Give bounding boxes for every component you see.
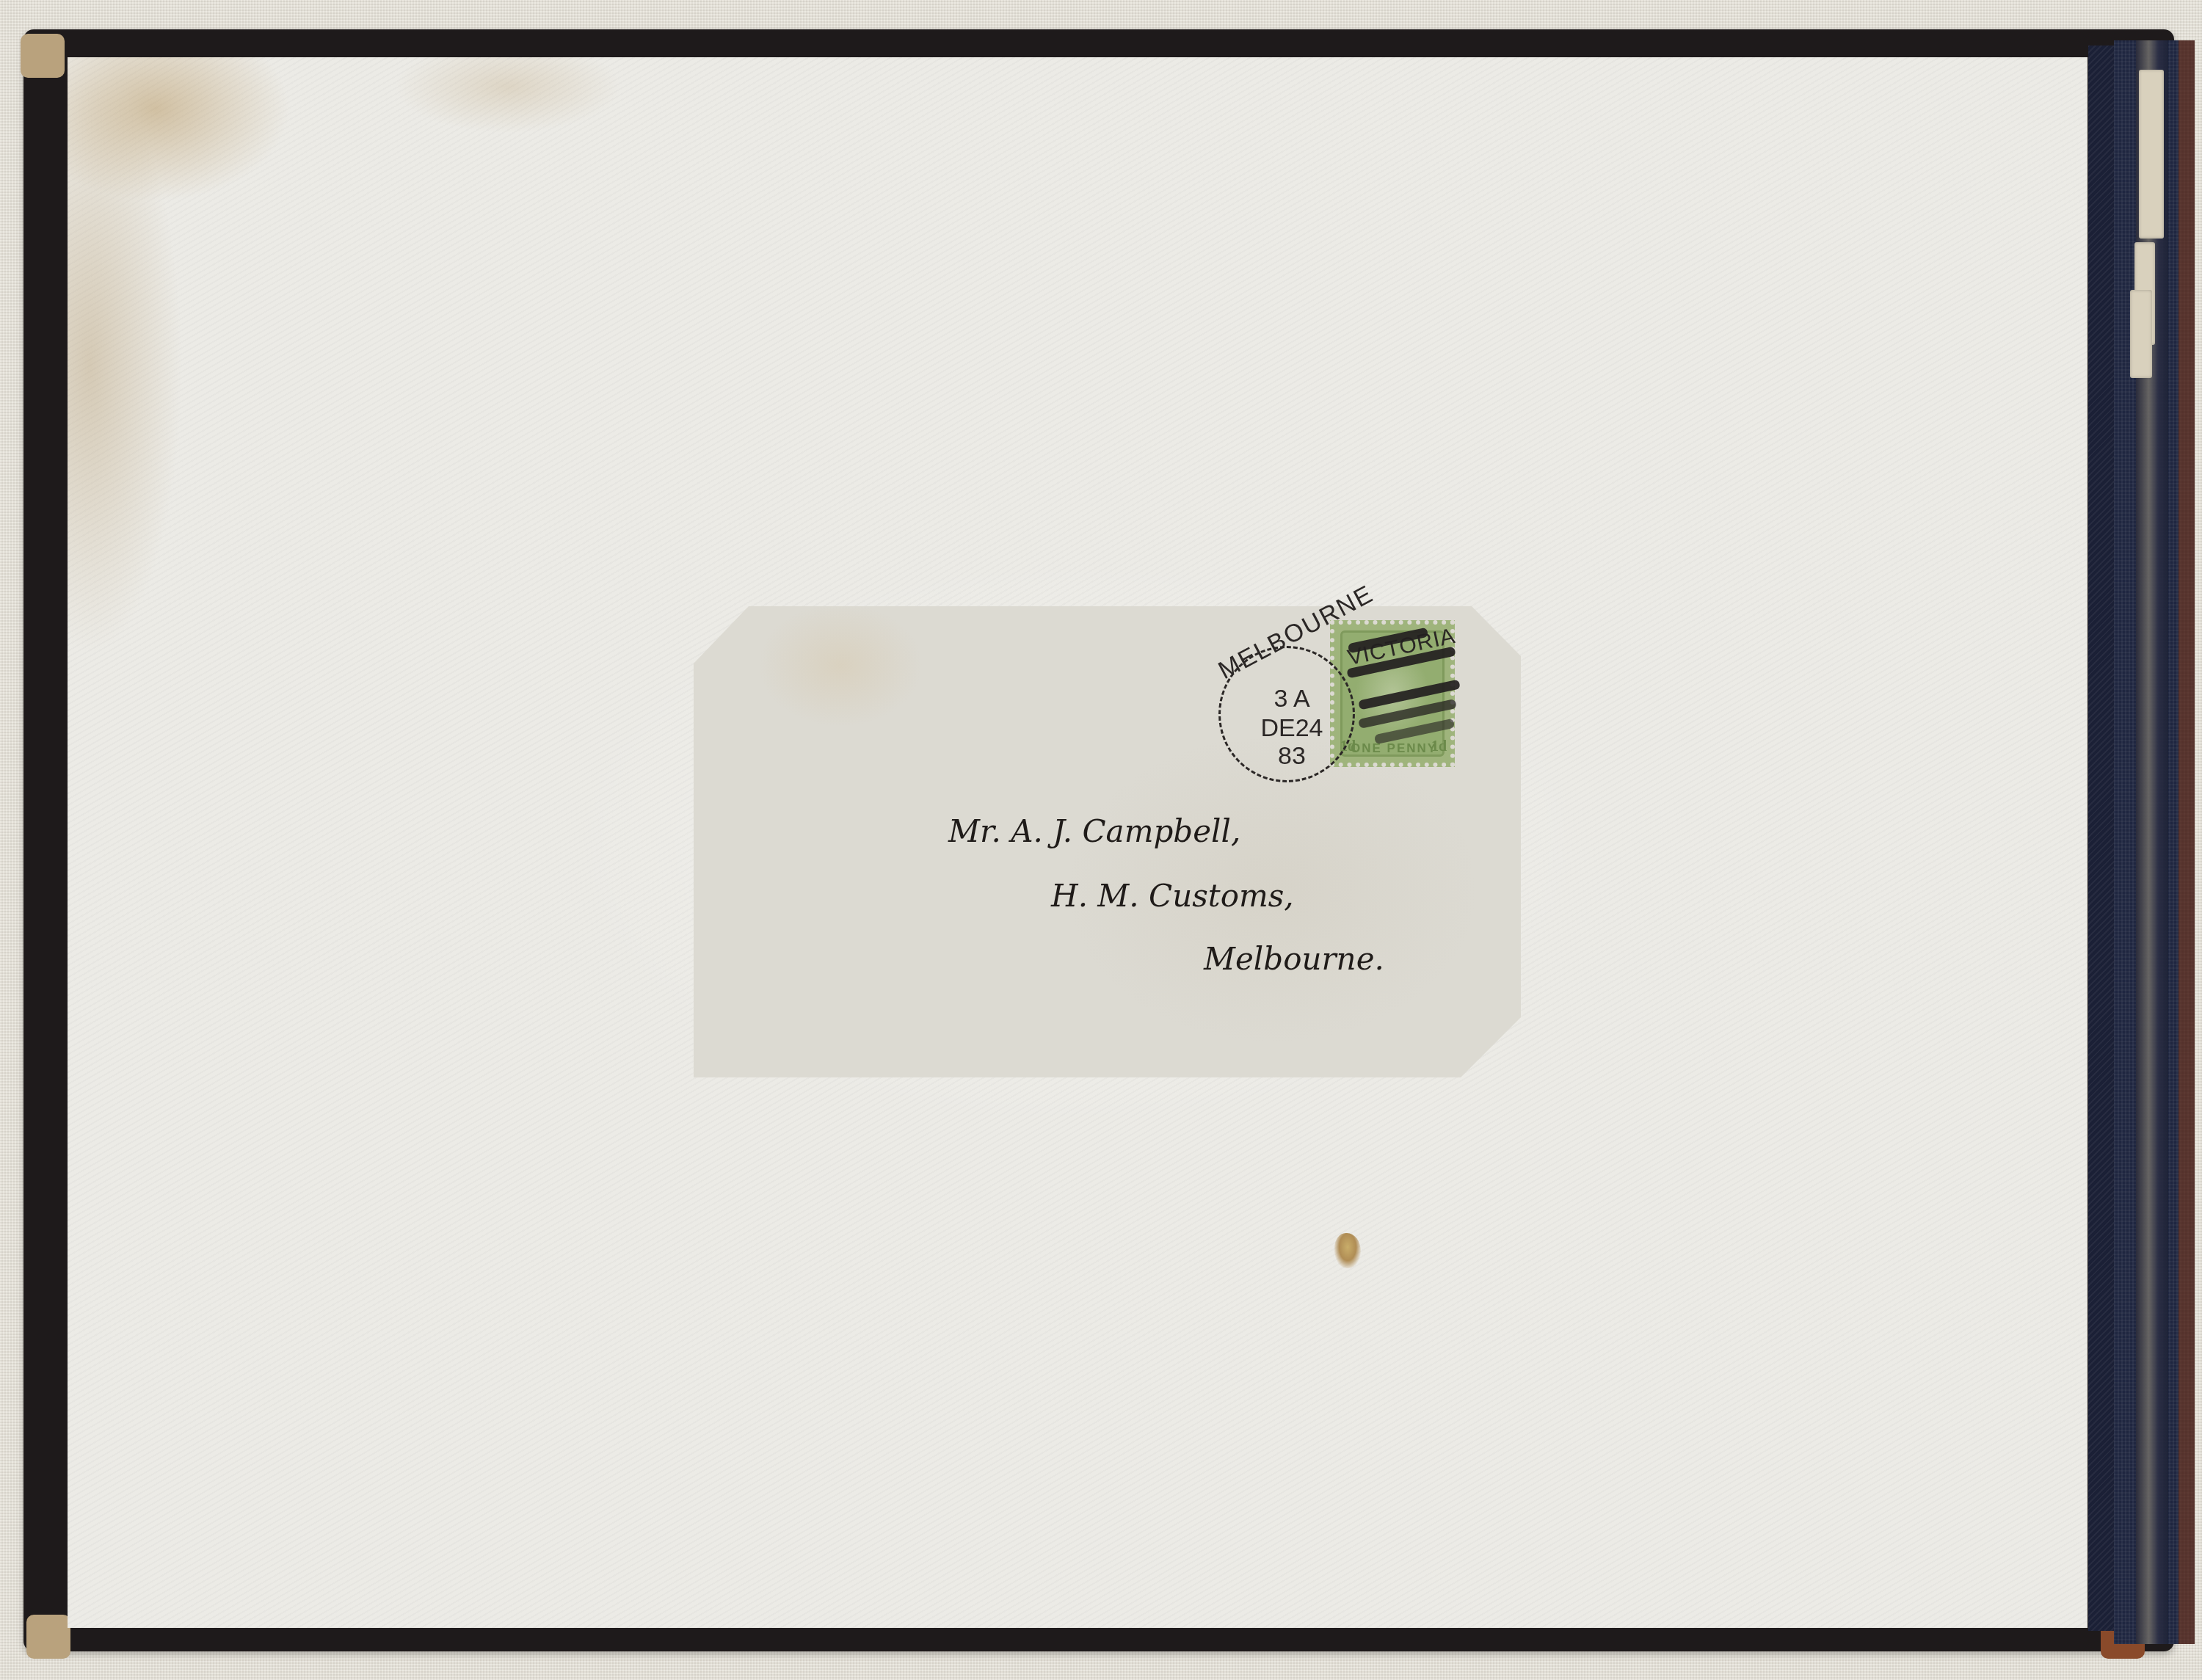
postmark-year: 83: [1248, 743, 1336, 768]
address-line-city: Melbourne.: [1204, 941, 1384, 977]
postmark-code: 3 A: [1248, 686, 1336, 711]
worn-corner: [21, 34, 65, 78]
postmark-date: DE24: [1248, 716, 1336, 741]
spine-edge: [2179, 40, 2195, 1644]
album-spine: [2114, 40, 2195, 1644]
address-line-name: Mr. A. J. Campbell,: [948, 813, 1240, 849]
worn-corner: [26, 1615, 70, 1659]
stamp-denomination-right: 1d: [1431, 738, 1447, 755]
address-line-office: H. M. Customs,: [1051, 878, 1294, 914]
spine-tape: [2139, 70, 2164, 239]
stamp-value-text: ONE PENNY: [1351, 741, 1437, 756]
paper-stain: [1334, 1233, 1361, 1268]
spine-tape: [2130, 290, 2152, 378]
